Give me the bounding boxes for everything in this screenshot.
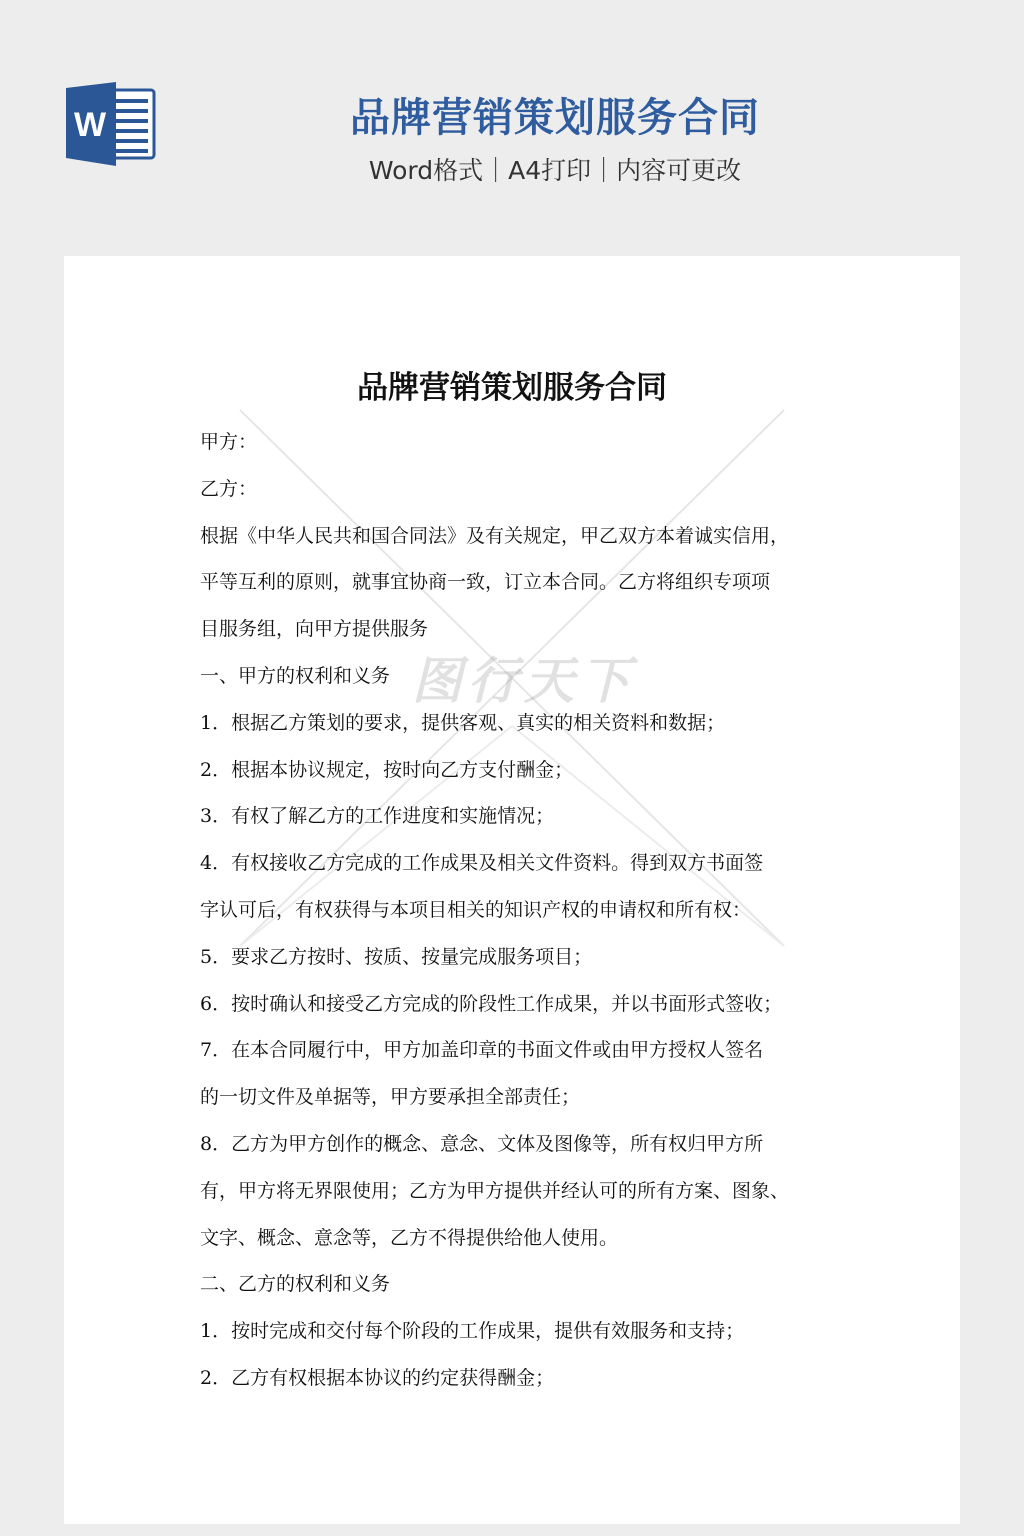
party-b-line: 乙方： — [200, 466, 840, 513]
section-heading: 二、乙方的权利和义务 — [200, 1261, 840, 1308]
preamble-line: 平等互利的原则，就事宜协商一致，订立本合同。乙方将组织专项项 — [200, 559, 840, 606]
clause-line: 6．按时确认和接受乙方完成的阶段性工作成果，并以书面形式签收； — [200, 981, 840, 1028]
preamble-line: 目服务组，向甲方提供服务 — [200, 606, 840, 653]
clause-line: 文字、概念、意念等，乙方不得提供给他人使用。 — [200, 1215, 840, 1262]
clause-line: 1．根据乙方策划的要求，提供客观、真实的相关资料和数据； — [200, 700, 840, 747]
clause-line: 4．有权接收乙方完成的工作成果及相关文件资料。得到双方书面签 — [200, 840, 840, 887]
document-body: 甲方： 乙方： 根据《中华人民共和国合同法》及有关规定，甲乙双方本着诚实信用， … — [200, 419, 840, 1402]
header-banner: W 品牌营销策划服务合同 Word格式｜A4打印｜内容可更改 — [0, 0, 1024, 256]
clause-line: 有，甲方将无界限使用；乙方为甲方提供并经认可的所有方案、图象、 — [200, 1168, 840, 1215]
clause-line: 3．有权了解乙方的工作进度和实施情况； — [200, 793, 840, 840]
document-page: 图行天下 品牌营销策划服务合同 甲方： 乙方： 根据《中华人民共和国合同法》及有… — [64, 256, 960, 1524]
clause-line: 5．要求乙方按时、按质、按量完成服务项目； — [200, 934, 840, 981]
header-title: 品牌营销策划服务合同 — [300, 92, 810, 144]
section-heading: 一、甲方的权利和义务 — [200, 653, 840, 700]
clause-line: 2．乙方有权根据本协议的约定获得酬金； — [200, 1355, 840, 1402]
clause-line: 1．按时完成和交付每个阶段的工作成果，提供有效服务和支持； — [200, 1308, 840, 1355]
document-title: 品牌营销策划服务合同 — [64, 364, 960, 412]
clause-line: 7．在本合同履行中，甲方加盖印章的书面文件或由甲方授权人签名 — [200, 1027, 840, 1074]
svg-text:W: W — [74, 106, 107, 144]
preamble-line: 根据《中华人民共和国合同法》及有关规定，甲乙双方本着诚实信用， — [200, 513, 840, 560]
party-a-line: 甲方： — [200, 419, 840, 466]
clause-line: 的一切文件及单据等，甲方要承担全部责任； — [200, 1074, 840, 1121]
clause-line: 2．根据本协议规定，按时向乙方支付酬金； — [200, 747, 840, 794]
header-subtitle: Word格式｜A4打印｜内容可更改 — [300, 152, 810, 190]
word-document-icon: W — [64, 80, 156, 166]
clause-line: 8．乙方为甲方创作的概念、意念、文体及图像等，所有权归甲方所 — [200, 1121, 840, 1168]
clause-line: 字认可后，有权获得与本项目相关的知识产权的申请权和所有权： — [200, 887, 840, 934]
